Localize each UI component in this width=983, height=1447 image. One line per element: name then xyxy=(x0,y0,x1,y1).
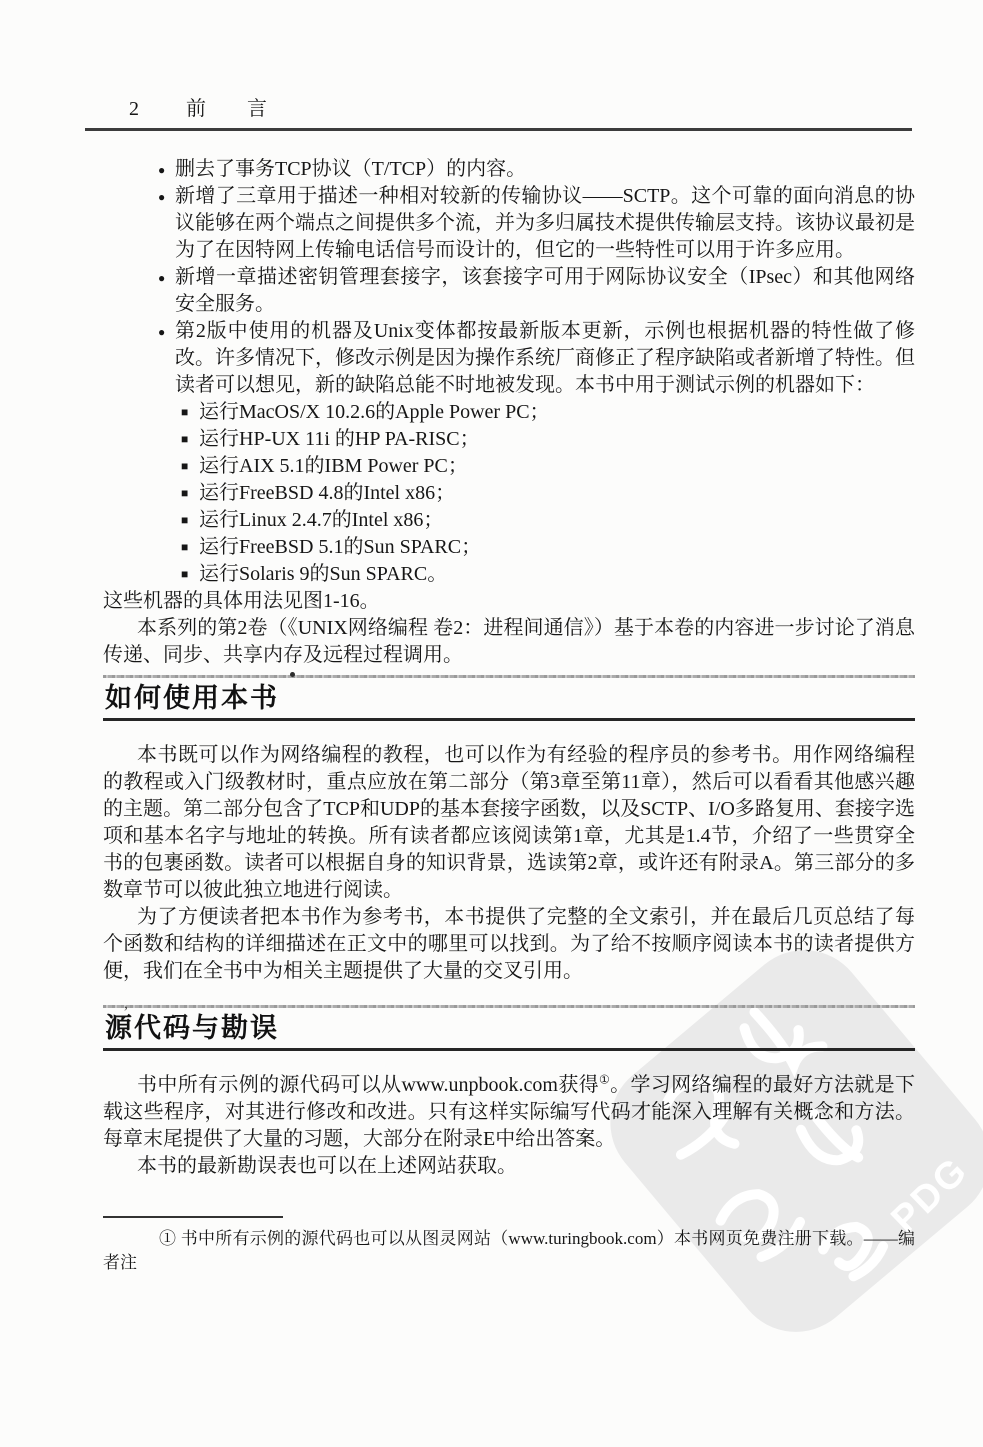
bullet-list: ● 删去了事务TCP协议（T/TCP）的内容。 ● 新增了三章用于描述一种相对较… xyxy=(103,156,915,588)
bullet-text: 删去了事务TCP协议（T/TCP）的内容。 xyxy=(175,158,526,180)
machine-text: 运行FreeBSD 4.8的Intel x86； xyxy=(199,480,455,507)
machine-text: 运行FreeBSD 5.1的Sun SPARC； xyxy=(199,534,481,561)
square-bullet-icon: ■ xyxy=(181,561,199,588)
square-bullet-icon: ■ xyxy=(181,453,199,480)
square-bullet-icon: ■ xyxy=(181,399,199,426)
running-header-title: 前 言 xyxy=(186,96,285,123)
machine-text: 运行Solaris 9的Sun SPARC。 xyxy=(199,561,447,588)
list-item: ● 新增了三章用于描述一种相对较新的传输协议——SCTP。这个可靠的面向消息的协… xyxy=(175,183,915,264)
paragraph: 本书既可以作为网络编程的教程，也可以作为有经验的程序员的参考书。用作网络编程的教… xyxy=(103,742,915,904)
list-item: ■运行HP-UX 11i 的HP PA-RISC； xyxy=(181,426,915,453)
footnote-separator xyxy=(103,1216,283,1218)
paragraph: 书中所有示例的源代码可以从www.unpbook.com获得①。学习网络编程的最… xyxy=(103,1072,915,1153)
section-source-code: 源代码与勘误 书中所有示例的源代码可以从www.unpbook.com获得①。学… xyxy=(103,1005,915,1180)
footnote-marker: ① xyxy=(159,1229,176,1248)
footnote: ① 书中所有示例的源代码也可以从图灵网站（www.turingbook.com）… xyxy=(103,1216,915,1275)
paragraph-text: 书中所有示例的源代码可以从www.unpbook.com获得 xyxy=(137,1074,599,1096)
bullet-icon: ● xyxy=(158,265,165,292)
list-item: ● 删去了事务TCP协议（T/TCP）的内容。 xyxy=(175,156,915,183)
section-how-to-use: 如何使用本书 本书既可以作为网络编程的教程，也可以作为有经验的程序员的参考书。用… xyxy=(103,675,915,985)
machine-text: 运行AIX 5.1的IBM Power PC； xyxy=(199,453,468,480)
square-bullet-icon: ■ xyxy=(181,480,199,507)
machines-note: 这些机器的具体用法见图1-16。 xyxy=(103,588,915,615)
square-bullet-icon: ■ xyxy=(181,507,199,534)
page-number: 2 xyxy=(129,96,139,123)
closing-paragraph: 本系列的第2卷（《UNIX网络编程 卷2：进程间通信》）基于本卷的内容进一步讨论… xyxy=(103,615,915,669)
list-item: ■运行Linux 2.4.7的Intel x86； xyxy=(181,507,915,534)
bullet-text: 第2版中使用的机器及Unix变体都按最新版本更新，示例也根据机器的特性做了修改。… xyxy=(175,320,915,396)
section-separator-texture xyxy=(103,1005,915,1008)
paragraph: 本书的最新勘误表也可以在上述网站获取。 xyxy=(103,1153,915,1180)
section-separator-texture xyxy=(103,675,915,678)
list-item: ● 第2版中使用的机器及Unix变体都按最新版本更新，示例也根据机器的特性做了修… xyxy=(175,318,915,588)
running-header: 2 前 言 xyxy=(85,96,912,131)
section-heading-rule xyxy=(103,1048,915,1051)
footnote-text: ① 书中所有示例的源代码也可以从图灵网站（www.turingbook.com）… xyxy=(103,1227,915,1275)
paragraph: 为了方便读者把本书作为参考书，本书提供了完整的全文索引，并在最后几页总结了每个函… xyxy=(103,904,915,985)
footnote-body: 书中所有示例的源代码也可以从图灵网站（www.turingbook.com）本书… xyxy=(103,1229,915,1272)
list-item: ■运行MacOS/X 10.2.6的Apple Power PC； xyxy=(181,399,915,426)
square-bullet-icon: ■ xyxy=(181,426,199,453)
bullet-text: 新增了三章用于描述一种相对较新的传输协议——SCTP。这个可靠的面向消息的协议能… xyxy=(175,185,915,261)
page: 2 前 言 ● 删去了事务TCP协议（T/TCP）的内容。 ● 新增了三章用于描… xyxy=(0,0,983,1447)
list-item: ● 新增一章描述密钥管理套接字，该套接字可用于网际协议安全（IPsec）和其他网… xyxy=(175,264,915,318)
bullet-text: 新增一章描述密钥管理套接字，该套接字可用于网际协议安全（IPsec）和其他网络安… xyxy=(175,266,915,315)
list-item: ■运行FreeBSD 4.8的Intel x86； xyxy=(181,480,915,507)
bullet-icon: ● xyxy=(158,319,165,346)
square-bullet-icon: ■ xyxy=(181,534,199,561)
machine-text: 运行Linux 2.4.7的Intel x86； xyxy=(199,507,443,534)
list-item: ■运行FreeBSD 5.1的Sun SPARC； xyxy=(181,534,915,561)
machine-text: 运行HP-UX 11i 的HP PA-RISC； xyxy=(199,426,480,453)
machine-text: 运行MacOS/X 10.2.6的Apple Power PC； xyxy=(199,399,550,426)
section-heading-rule xyxy=(103,718,915,721)
list-item: ■运行AIX 5.1的IBM Power PC； xyxy=(181,453,915,480)
machine-list: ■运行MacOS/X 10.2.6的Apple Power PC； ■运行HP-… xyxy=(181,399,915,588)
scan-artifact-dot xyxy=(290,672,295,677)
scan-artifact-comma: , xyxy=(124,990,128,1017)
page-body: ● 删去了事务TCP协议（T/TCP）的内容。 ● 新增了三章用于描述一种相对较… xyxy=(103,156,915,1275)
footnote-reference: ① xyxy=(599,1072,610,1086)
bullet-icon: ● xyxy=(158,157,165,184)
bullet-icon: ● xyxy=(158,184,165,211)
list-item: ■运行Solaris 9的Sun SPARC。 xyxy=(181,561,915,588)
section-heading: 源代码与勘误 xyxy=(105,1011,915,1045)
section-heading: 如何使用本书 xyxy=(105,681,915,715)
